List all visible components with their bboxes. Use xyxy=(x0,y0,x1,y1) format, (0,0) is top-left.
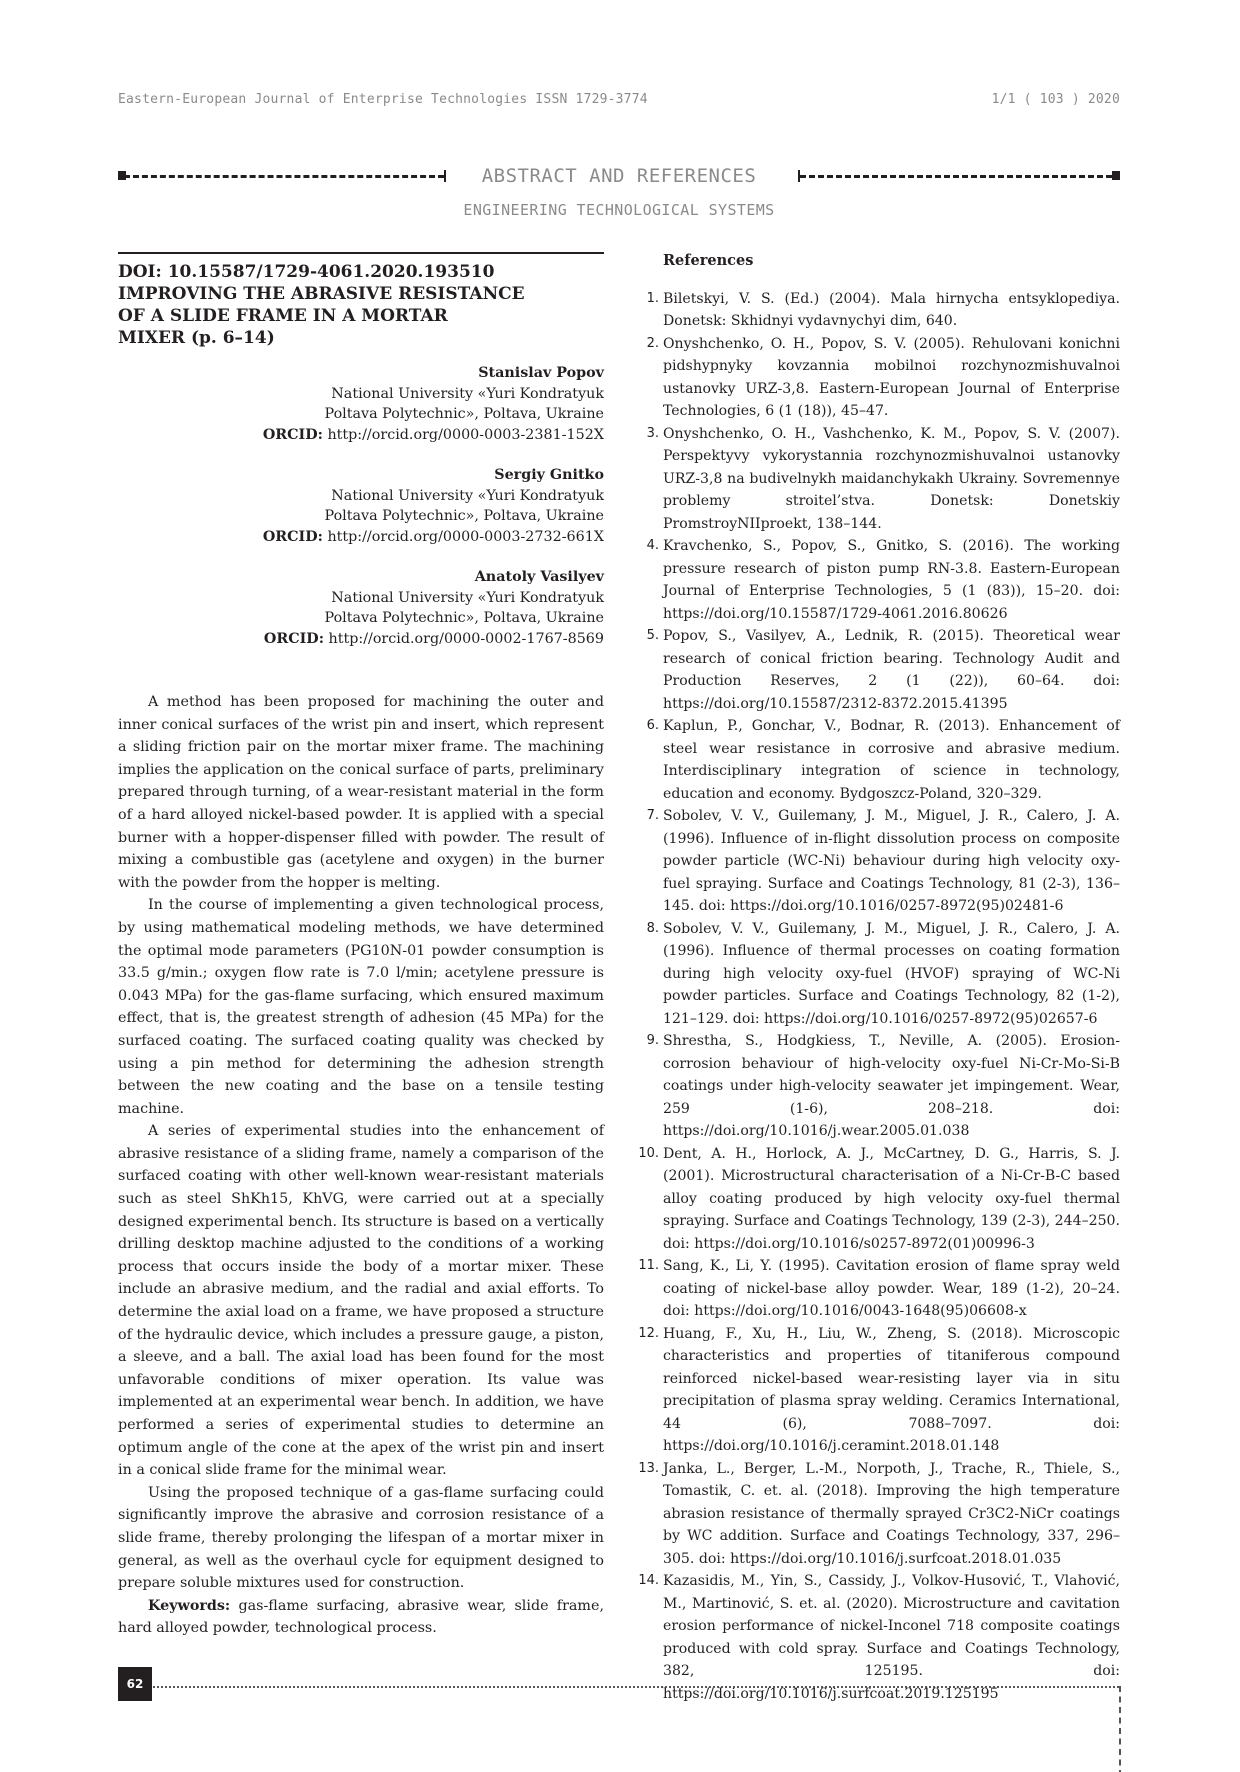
reference-item: 13.Janka, L., Berger, L.-M., Norpoth, J.… xyxy=(663,1458,1120,1571)
reference-text: Sang, K., Li, Y. (1995). Cavitation eros… xyxy=(663,1258,1120,1319)
author-affiliation: National University «Yuri Kondratyuk xyxy=(118,588,604,609)
section-banner: ABSTRACT AND REFERENCES xyxy=(118,164,1120,188)
reference-item: 4.Kravchenko, S., Popov, S., Gnitko, S. … xyxy=(663,535,1120,625)
journal-title: Eastern-European Journal of Enterprise T… xyxy=(118,92,648,107)
orcid-link[interactable]: http://orcid.org/0000-0003-2381-152X xyxy=(323,427,604,443)
orcid-link[interactable]: http://orcid.org/0000-0003-2732-661X xyxy=(323,529,604,545)
author-affiliation: National University «Yuri Kondratyuk xyxy=(118,384,604,405)
section-label: ENGINEERING TECHNOLOGICAL SYSTEMS xyxy=(118,201,1120,219)
title-rule xyxy=(118,252,604,254)
reference-item: 5.Popov, S., Vasilyev, A., Lednik, R. (2… xyxy=(663,625,1120,715)
reference-text: Popov, S., Vasilyev, A., Lednik, R. (201… xyxy=(663,628,1120,712)
reference-text: Sobolev, V. V., Guilemany, J. M., Miguel… xyxy=(663,921,1120,1027)
reference-number: 11. xyxy=(637,1255,659,1278)
author-name: Stanislav Popov xyxy=(118,363,604,384)
author-name: Anatoly Vasilyev xyxy=(118,567,604,588)
reference-item: 1.Biletskyi, V. S. (Ed.) (2004). Mala hi… xyxy=(663,288,1120,333)
references-heading: References xyxy=(663,250,1120,273)
reference-number: 14. xyxy=(637,1570,659,1593)
abstract-paragraph: In the course of implementing a given te… xyxy=(118,894,604,1120)
reference-text: Onyshchenko, O. H., Vashchenko, K. M., P… xyxy=(663,426,1120,532)
author: Anatoly Vasilyev National University «Yu… xyxy=(118,567,604,649)
reference-text: Onyshchenko, O. H., Popov, S. V. (2005).… xyxy=(663,336,1120,420)
abstract-paragraph: A series of experimental studies into th… xyxy=(118,1120,604,1482)
reference-item: 7.Sobolev, V. V., Guilemany, J. M., Migu… xyxy=(663,805,1120,918)
banner-dash-right xyxy=(800,175,1112,178)
reference-item: 12.Huang, F., Xu, H., Liu, W., Zheng, S.… xyxy=(663,1323,1120,1458)
abstract-paragraph: Using the proposed technique of a gas-fl… xyxy=(118,1482,604,1595)
references-section: References 1.Biletskyi, V. S. (Ed.) (200… xyxy=(663,250,1120,1705)
reference-item: 3.Onyshchenko, O. H., Vashchenko, K. M.,… xyxy=(663,423,1120,536)
article-doi: DOI: 10.15587/1729-4061.2020.193510 xyxy=(118,261,604,283)
reference-text: Kravchenko, S., Popov, S., Gnitko, S. (2… xyxy=(663,538,1120,622)
reference-text: Dent, A. H., Horlock, A. J., McCartney, … xyxy=(663,1146,1120,1252)
footer-dotted-line xyxy=(153,1686,1119,1688)
author-list: Stanislav Popov National University «Yur… xyxy=(118,363,604,649)
author-orcid: ORCID: http://orcid.org/0000-0003-2732-6… xyxy=(118,527,604,548)
reference-number: 7. xyxy=(637,805,659,828)
reference-number: 5. xyxy=(637,625,659,648)
reference-number: 3. xyxy=(637,423,659,446)
page-number: 62 xyxy=(118,1667,152,1701)
reference-text: Sobolev, V. V., Guilemany, J. M., Miguel… xyxy=(663,808,1120,914)
article-header: DOI: 10.15587/1729-4061.2020.193510 IMPR… xyxy=(118,252,604,669)
reference-text: Huang, F., Xu, H., Liu, W., Zheng, S. (2… xyxy=(663,1326,1120,1455)
article-title-line: OF A SLIDE FRAME IN A MORTAR xyxy=(118,305,604,327)
reference-number: 12. xyxy=(637,1323,659,1346)
reference-item: 9.Shrestha, S., Hodgkiess, T., Neville, … xyxy=(663,1030,1120,1143)
orcid-label: ORCID: xyxy=(264,631,324,647)
reference-item: 6.Kaplun, P., Gonchar, V., Bodnar, R. (2… xyxy=(663,715,1120,805)
reference-number: 2. xyxy=(637,333,659,356)
orcid-label: ORCID: xyxy=(263,529,323,545)
issue-number: 1/1 ( 103 ) 2020 xyxy=(992,92,1120,107)
author-orcid: ORCID: http://orcid.org/0000-0002-1767-8… xyxy=(118,629,604,650)
footer-vertical-line xyxy=(1119,1686,1121,1772)
author-affiliation: Poltava Polytechnic», Poltava, Ukraine xyxy=(118,506,604,527)
author-name: Sergiy Gnitko xyxy=(118,465,604,486)
page-footer: 62 xyxy=(118,1667,1120,1772)
article-title-line: IMPROVING THE ABRASIVE RESISTANCE xyxy=(118,283,604,305)
article-title-line: MIXER (p. 6–14) xyxy=(118,327,604,349)
reference-number: 13. xyxy=(637,1458,659,1481)
author-affiliation: Poltava Polytechnic», Poltava, Ukraine xyxy=(118,404,604,425)
reference-number: 6. xyxy=(637,715,659,738)
article-title-block: DOI: 10.15587/1729-4061.2020.193510 IMPR… xyxy=(118,261,604,349)
reference-item: 11.Sang, K., Li, Y. (1995). Cavitation e… xyxy=(663,1255,1120,1323)
author-affiliation: Poltava Polytechnic», Poltava, Ukraine xyxy=(118,608,604,629)
author-affiliation: National University «Yuri Kondratyuk xyxy=(118,486,604,507)
reference-item: 10.Dent, A. H., Horlock, A. J., McCartne… xyxy=(663,1143,1120,1256)
reference-text: Kaplun, P., Gonchar, V., Bodnar, R. (201… xyxy=(663,718,1120,802)
author-orcid: ORCID: http://orcid.org/0000-0003-2381-1… xyxy=(118,425,604,446)
abstract: A method has been proposed for machining… xyxy=(118,691,604,1640)
orcid-link[interactable]: http://orcid.org/0000-0002-1767-8569 xyxy=(324,631,604,647)
author: Sergiy Gnitko National University «Yuri … xyxy=(118,465,604,547)
reference-number: 8. xyxy=(637,918,659,941)
banner-square-right xyxy=(1112,171,1120,180)
reference-number: 1. xyxy=(637,288,659,311)
reference-number: 10. xyxy=(637,1143,659,1166)
reference-number: 9. xyxy=(637,1030,659,1053)
abstract-paragraph: A method has been proposed for machining… xyxy=(118,691,604,894)
orcid-label: ORCID: xyxy=(263,427,323,443)
reference-text: Janka, L., Berger, L.-M., Norpoth, J., T… xyxy=(663,1461,1120,1567)
reference-text: Biletskyi, V. S. (Ed.) (2004). Mala hirn… xyxy=(663,291,1120,330)
keywords-label: Keywords: xyxy=(148,1598,230,1614)
reference-item: 8.Sobolev, V. V., Guilemany, J. M., Migu… xyxy=(663,918,1120,1031)
reference-number: 4. xyxy=(637,535,659,558)
running-head: Eastern-European Journal of Enterprise T… xyxy=(118,92,1120,112)
reference-text: Shrestha, S., Hodgkiess, T., Neville, A.… xyxy=(663,1033,1120,1139)
author: Stanislav Popov National University «Yur… xyxy=(118,363,604,445)
keywords: Keywords: gas-flame surfacing, abrasive … xyxy=(118,1595,604,1640)
reference-item: 2.Onyshchenko, O. H., Popov, S. V. (2005… xyxy=(663,333,1120,423)
